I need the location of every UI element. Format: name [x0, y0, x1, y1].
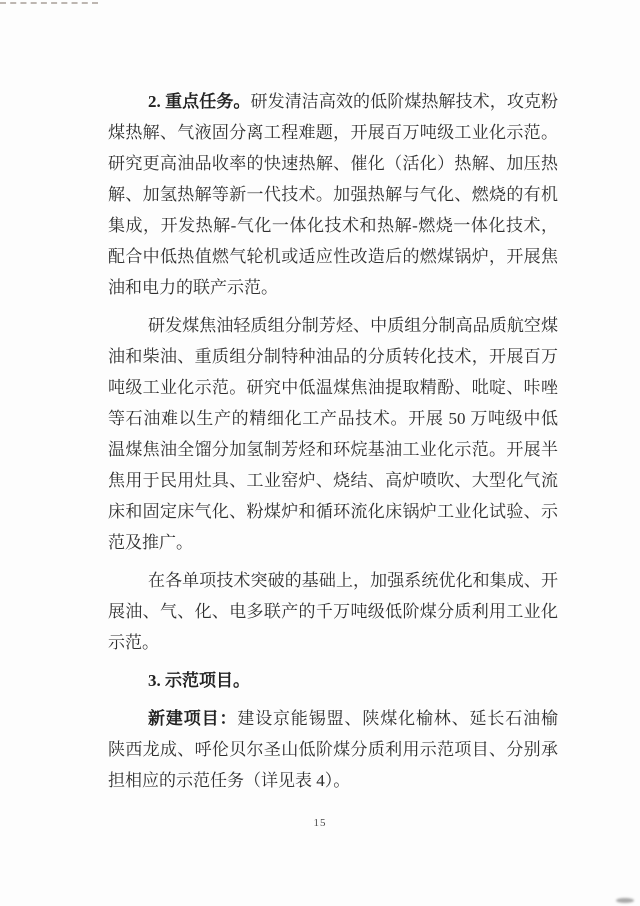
- text-line: 油和电力的联产示范。: [108, 272, 558, 303]
- text-line: 新建项目：建设京能锡盟、陕煤化榆林、延长石油榆林、: [108, 703, 558, 734]
- document-body: 2. 重点任务。研发清洁高效的低阶煤热解技术，攻克粉 煤热解、气液固分离工程难题…: [108, 86, 558, 803]
- text-line: 研究更高油品收率的快速热解、催化（活化）热解、加压热: [108, 148, 558, 179]
- new-projects-label: 新建项目：: [148, 709, 237, 728]
- paragraph: 2. 重点任务。研发清洁高效的低阶煤热解技术，攻克粉 煤热解、气液固分离工程难题…: [108, 86, 558, 303]
- section-heading-key-tasks: 2. 重点任务。: [148, 92, 251, 111]
- text-line: 煤热解、气液固分离工程难题，开展百万吨级工业化示范。: [108, 117, 558, 148]
- text-line: 展油、气、化、电多联产的千万吨级低阶煤分质利用工业化: [108, 596, 558, 627]
- text-line: 3. 示范项目。: [108, 665, 558, 696]
- text-line: 焦用于民用灶具、工业窑炉、烧结、高炉喷吹、大型化气流: [108, 465, 558, 496]
- paragraph: 在各单项技术突破的基础上，加强系统优化和集成、开 展油、气、化、电多联产的千万吨…: [108, 565, 558, 658]
- text-line: 范及推广。: [108, 527, 558, 558]
- text-line: 担相应的示范任务（详见表 4）。: [108, 765, 558, 796]
- scanned-document-page: 2. 重点任务。研发清洁高效的低阶煤热解技术，攻克粉 煤热解、气液固分离工程难题…: [0, 0, 640, 906]
- text-line: 集成，开发热解-气化一体化技术和热解-燃烧一体化技术，: [108, 210, 558, 241]
- text-line: 油和柴油、重质组分制特种油品的分质转化技术，开展百万: [108, 341, 558, 372]
- paragraph: 3. 示范项目。: [108, 665, 558, 696]
- paragraph: 新建项目：建设京能锡盟、陕煤化榆林、延长石油榆林、 陕西龙成、呼伦贝尔圣山低阶煤…: [108, 703, 558, 796]
- section-heading-demo-projects: 3. 示范项目。: [148, 671, 250, 690]
- text-line: 配合中低热值燃气轮机或适应性改造后的燃煤锅炉，开展焦: [108, 241, 558, 272]
- scan-smudge: [616, 898, 634, 903]
- text-line: 等石油难以生产的精细化工产品技术。开展 50 万吨级中低: [108, 403, 558, 434]
- text-line: 2. 重点任务。研发清洁高效的低阶煤热解技术，攻克粉: [108, 86, 558, 117]
- text-line: 陕西龙成、呼伦贝尔圣山低阶煤分质利用示范项目、分别承: [108, 734, 558, 765]
- text-line: 解、加氢热解等新一代技术。加强热解与气化、燃烧的有机: [108, 179, 558, 210]
- text-line: 研发煤焦油轻质组分制芳烃、中质组分制高品质航空煤: [108, 310, 558, 341]
- text-line: 吨级工业化示范。研究中低温煤焦油提取精酚、吡啶、咔唑: [108, 372, 558, 403]
- scan-artifact-dashes: [0, 2, 98, 4]
- text-line: 床和固定床气化、粉煤炉和循环流化床锅炉工业化试验、示: [108, 496, 558, 527]
- text-line: 温煤焦油全馏分加氢制芳烃和环烷基油工业化示范。开展半: [108, 434, 558, 465]
- page-number: 15: [0, 817, 640, 829]
- text-line: 示范。: [108, 627, 558, 658]
- text-run: 研发清洁高效的低阶煤热解技术，攻克粉: [251, 92, 558, 111]
- paragraph: 研发煤焦油轻质组分制芳烃、中质组分制高品质航空煤 油和柴油、重质组分制特种油品的…: [108, 310, 558, 558]
- text-line: 在各单项技术突破的基础上，加强系统优化和集成、开: [108, 565, 558, 596]
